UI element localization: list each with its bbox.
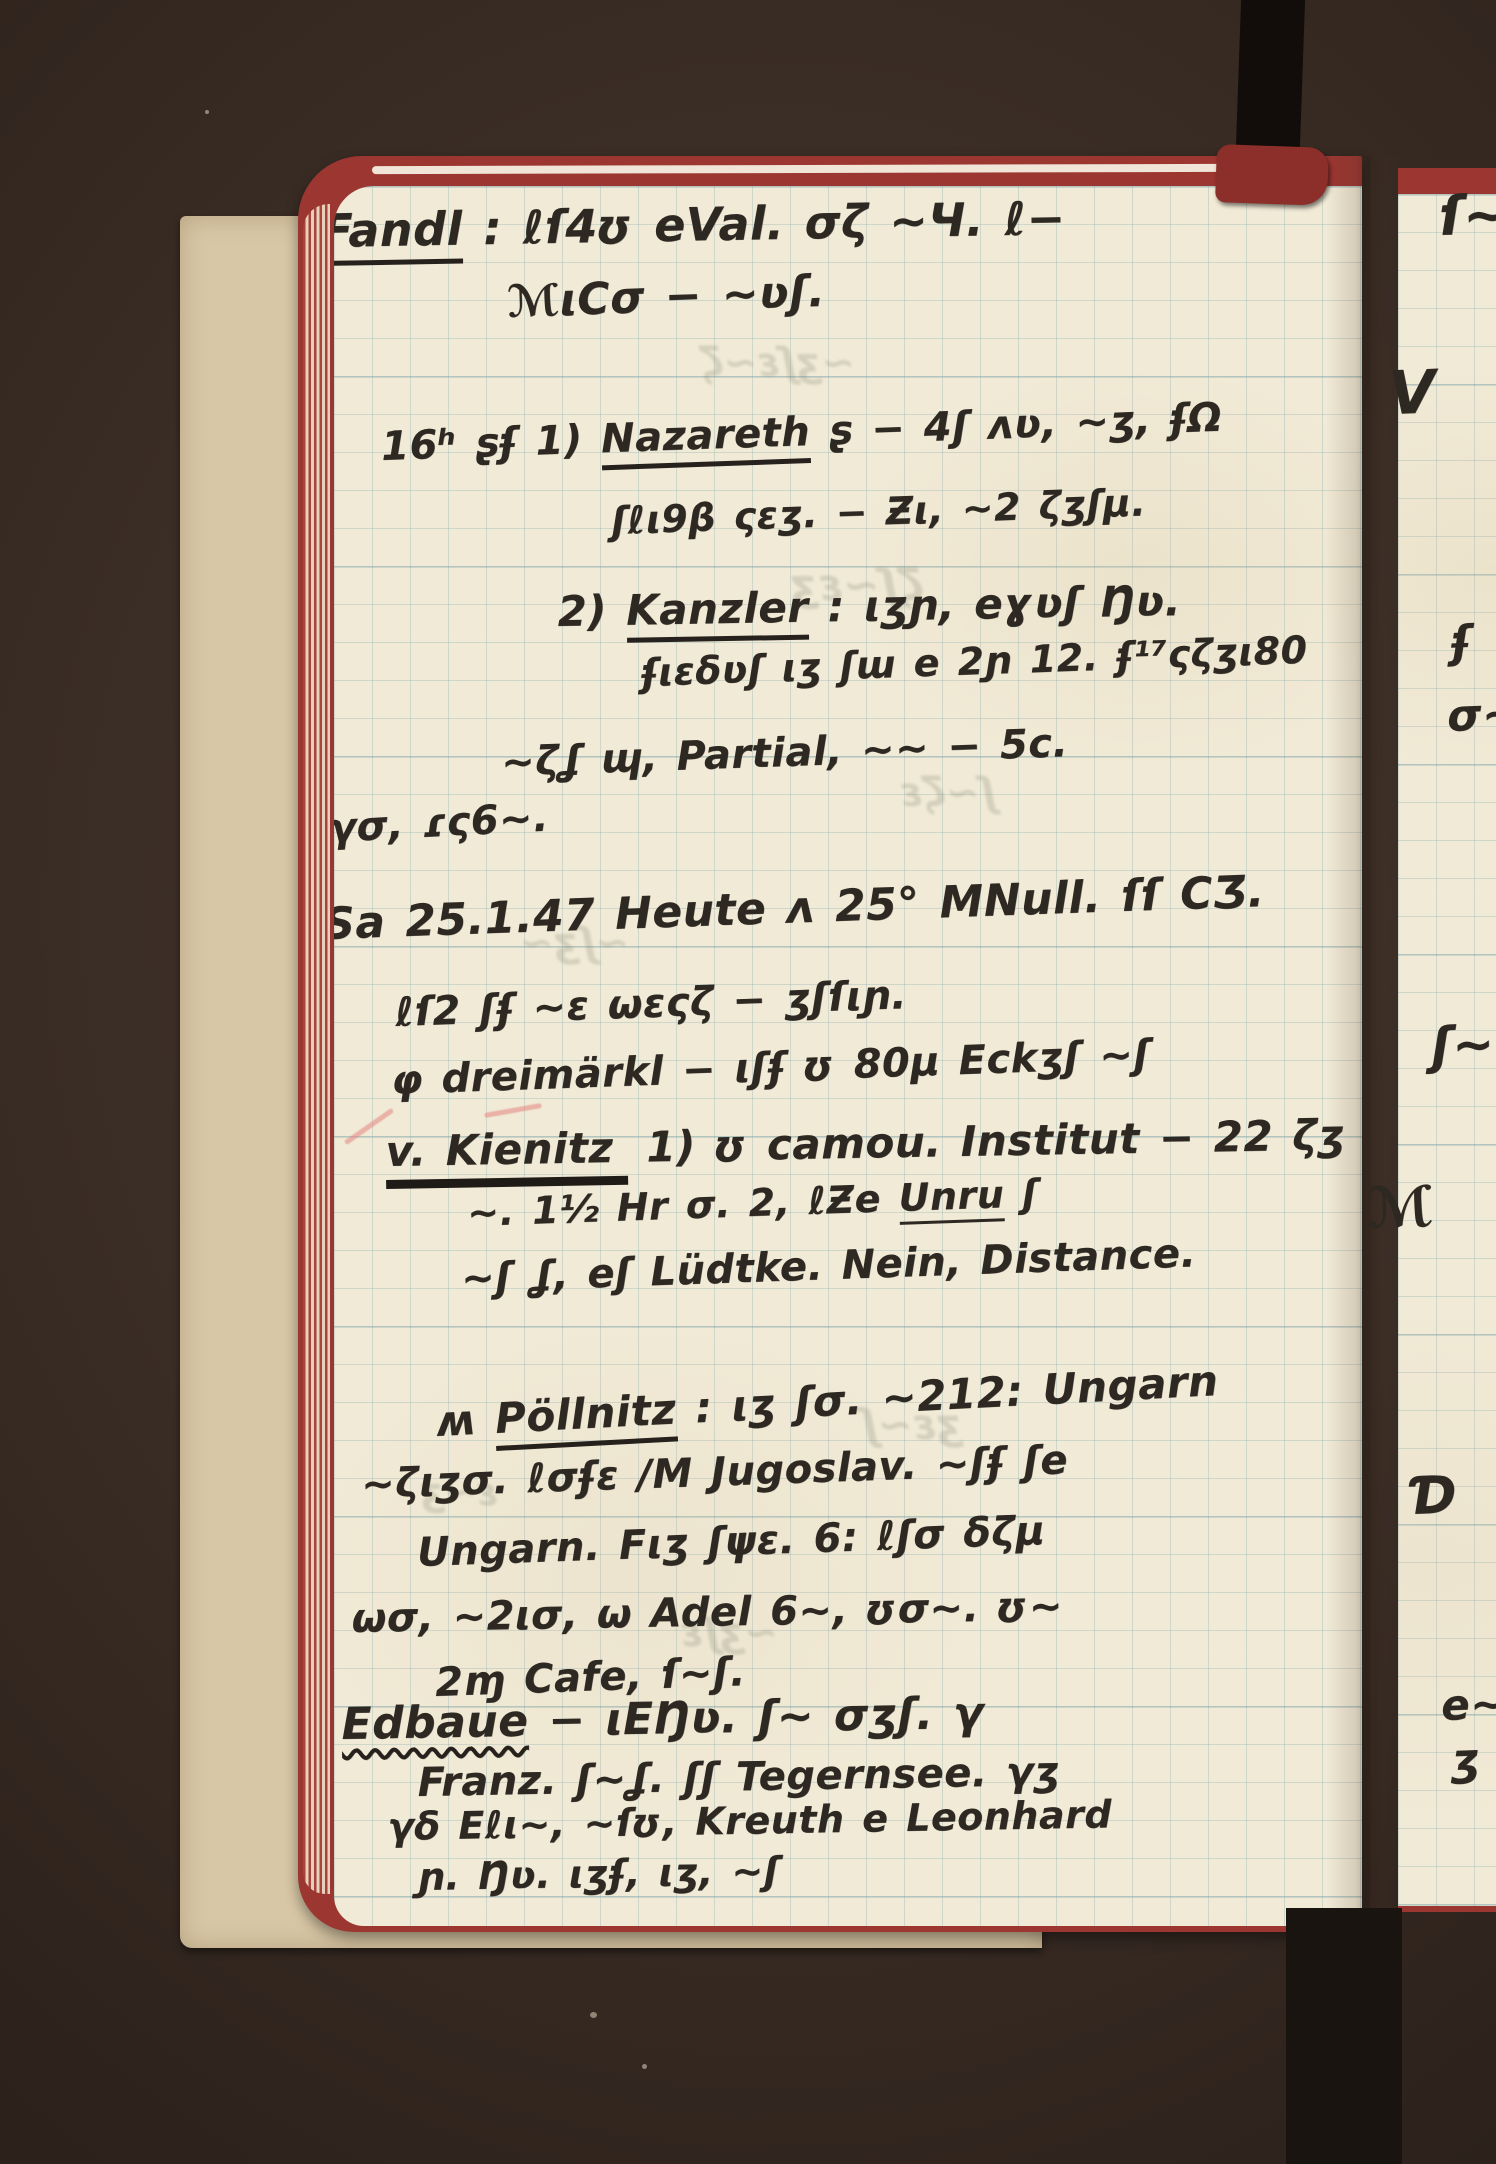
dust-speck bbox=[590, 2012, 597, 2018]
red-page-edge-stripes bbox=[303, 204, 330, 1894]
handwriting-line: γσ, ɾς6~. bbox=[334, 795, 550, 852]
handwriting-text: − ιEŊʋ. ʃ∼ σʒʃ. γ bbox=[528, 1688, 984, 1747]
handwriting-fragment: ʄ bbox=[1450, 617, 1471, 668]
handwriting-text: ωσ, ∼2ισ, ω Adel 6~, ʊσ∼. ʊ∼ bbox=[351, 1584, 1063, 1642]
cover-shadow-bottom bbox=[1286, 1908, 1402, 2164]
handwriting-text: ʃℓι9β ςεʒ. − Ƶι, ∼2 ζʒʃµ. bbox=[610, 480, 1146, 543]
handwriting-line: ɲ. Ŋʋ. ιʒʄ, ιʒ, ∼ʃ bbox=[417, 1850, 780, 1900]
handwriting-fragment: σ∼ bbox=[1446, 690, 1496, 743]
handwriting-line: Sa 25.1.47 Heute ʌ 25° MNull. ſſ CƷ. bbox=[334, 867, 1265, 950]
dust-speck bbox=[642, 2064, 647, 2069]
handwriting-line: ℓſ2 ʃʄ ∼ε ωεςζ − ʒʃſιɲ. bbox=[394, 972, 907, 1036]
handwriting-fragment: e∼ bbox=[1440, 1680, 1496, 1731]
handwriting-line: 2) Kanzler : ιʒɲ, eɣʋʃ Ŋʋ. bbox=[557, 577, 1181, 636]
handwriting-text: ʃ bbox=[1003, 1171, 1039, 1216]
underlined-word: Unru bbox=[898, 1172, 1005, 1225]
handwriting-text: Sa 25.1.47 Heute ʌ 25° MNull. ſſ CƷ. bbox=[334, 866, 1265, 950]
handwriting-line: φ dreimärkl − ιʃʄ ʊ 80µ Eckʒʃ ∼ʃ bbox=[390, 1032, 1151, 1104]
photograph-of-open-notebook: ∼ʒʃε∼ζζʃ∼εʒʃ∼ζε∼ʃʒ∼ʒε∼ʃε∼ʒ∼ʒʃε Fandl : ℓ… bbox=[0, 0, 1496, 2164]
handwriting-text: ʂ − 4ʃ ʌʋ, ∼ʒ, ʄΩ bbox=[809, 395, 1222, 455]
handwriting-text: ℓſ2 ʃʄ ∼ε ωεςζ − ʒʃſιɲ. bbox=[394, 972, 907, 1036]
handwriting-line: ∼ʃ ʆ, eʃ Lüdtke. Nein, Distance. bbox=[460, 1230, 1196, 1302]
handwriting-line: Edbaue − ιEŊʋ. ʃ∼ σʒʃ. γ bbox=[341, 1689, 984, 1751]
handwriting-text: ∼ζιʒσ. ℓσʄε /M Jugoslav. ∼ʃʄ ʃe bbox=[360, 1437, 1068, 1508]
handwriting-line: v. Kienitz 1) ʊ camou. Institut − 22 ζʒ bbox=[385, 1111, 1345, 1176]
underlined-word: Kanzler bbox=[626, 583, 809, 643]
handwriting-text: ʍ bbox=[435, 1394, 496, 1446]
handwriting-text: : ℓſ4ʊ eVal. σζ ~Ч. ℓ− bbox=[462, 191, 1066, 256]
handwriting-text: φ dreimärkl − ιʃʄ ʊ 80µ Eckʒʃ ∼ʃ bbox=[390, 1032, 1151, 1104]
handwriting-fragment: ſ∼ bbox=[1438, 184, 1496, 248]
handwriting-fragment: ℳ bbox=[1366, 1176, 1435, 1243]
handwriting-text: Ungarn. Fιʒ ʃψε. 6: ℓʃσ δζµ bbox=[416, 1508, 1046, 1576]
handwriting-text: 2) bbox=[557, 586, 626, 636]
bleedthrough-ghost: ∼ʒʃε∼ζ bbox=[700, 340, 855, 386]
page-edge-highlight bbox=[372, 164, 1222, 174]
underlined-word: Fandl bbox=[334, 202, 463, 266]
underlined-word: Pöllnitz bbox=[494, 1385, 678, 1451]
dust-speck bbox=[205, 110, 209, 114]
handwriting-fragment: V bbox=[1388, 358, 1437, 429]
handwriting-line: ʍ Pöllnitz : ιʒ ʃσ. ∼212: Ungarn bbox=[435, 1357, 1219, 1446]
underlined-word: v. Kienitz bbox=[385, 1123, 628, 1189]
handwriting-text: ɲ. Ŋʋ. ιʒʄ, ιʒ, ∼ʃ bbox=[417, 1849, 780, 1899]
handwriting-line: 16ʰ ʂʄ 1) Nazareth ʂ − 4ʃ ʌʋ, ∼ʒ, ʄΩ bbox=[380, 395, 1222, 470]
handwriting-text: ℳιCσ − ∼ʋʃ. bbox=[506, 266, 826, 328]
handwriting-line: Ungarn. Fιʒ ʃψε. 6: ℓʃσ δζµ bbox=[416, 1508, 1046, 1576]
underlined-word: Edbaue bbox=[341, 1696, 529, 1750]
handwriting-text: : ιʒɲ, eɣʋʃ Ŋʋ. bbox=[808, 576, 1181, 631]
underlined-word: Nazareth bbox=[600, 409, 811, 470]
handwriting-fragment: Ɗ bbox=[1410, 1466, 1458, 1527]
handwriting-line: ℳιCσ − ∼ʋʃ. bbox=[506, 267, 826, 329]
handwriting-line: Fandl : ℓſ4ʊ eVal. σζ ~Ч. ℓ− bbox=[334, 192, 1066, 258]
red-pencil-mark bbox=[484, 1103, 542, 1118]
squared-paper-left: ∼ʒʃε∼ζζʃ∼εʒʃ∼ζε∼ʃʒ∼ʒε∼ʃε∼ʒ∼ʒʃε Fandl : ℓ… bbox=[334, 186, 1362, 1926]
handwriting-text: 1) ʊ camou. Institut − 22 ζʒ bbox=[627, 1110, 1345, 1172]
handwriting-text: γσ, ɾς6~. bbox=[334, 795, 550, 852]
handwriting-text: ∼ʃ ʆ, eʃ Lüdtke. Nein, Distance. bbox=[460, 1230, 1196, 1302]
notebook-left-page: ∼ʒʃε∼ζζʃ∼εʒʃ∼ζε∼ʃʒ∼ʒε∼ʃε∼ʒ∼ʒʃε Fandl : ℓ… bbox=[298, 156, 1362, 1932]
handwriting-fragment: ʒ bbox=[1450, 1735, 1480, 1787]
handwriting-line: ∼ζιʒσ. ℓσʄε /M Jugoslav. ∼ʃʄ ʃe bbox=[360, 1437, 1068, 1508]
bleedthrough-ghost: ʃ∼ζε bbox=[900, 770, 996, 816]
handwriting-line: ωσ, ∼2ισ, ω Adel 6~, ʊσ∼. ʊ∼ bbox=[351, 1584, 1063, 1642]
handwriting-fragment: ʃ∼ bbox=[1430, 1016, 1496, 1076]
red-edge-paint-blob bbox=[1215, 144, 1329, 206]
handwriting-line: ʃℓι9β ςεʒ. − Ƶι, ∼2 ζʒʃµ. bbox=[610, 481, 1146, 543]
handwriting-text: 16ʰ ʂʄ 1) bbox=[380, 416, 601, 470]
